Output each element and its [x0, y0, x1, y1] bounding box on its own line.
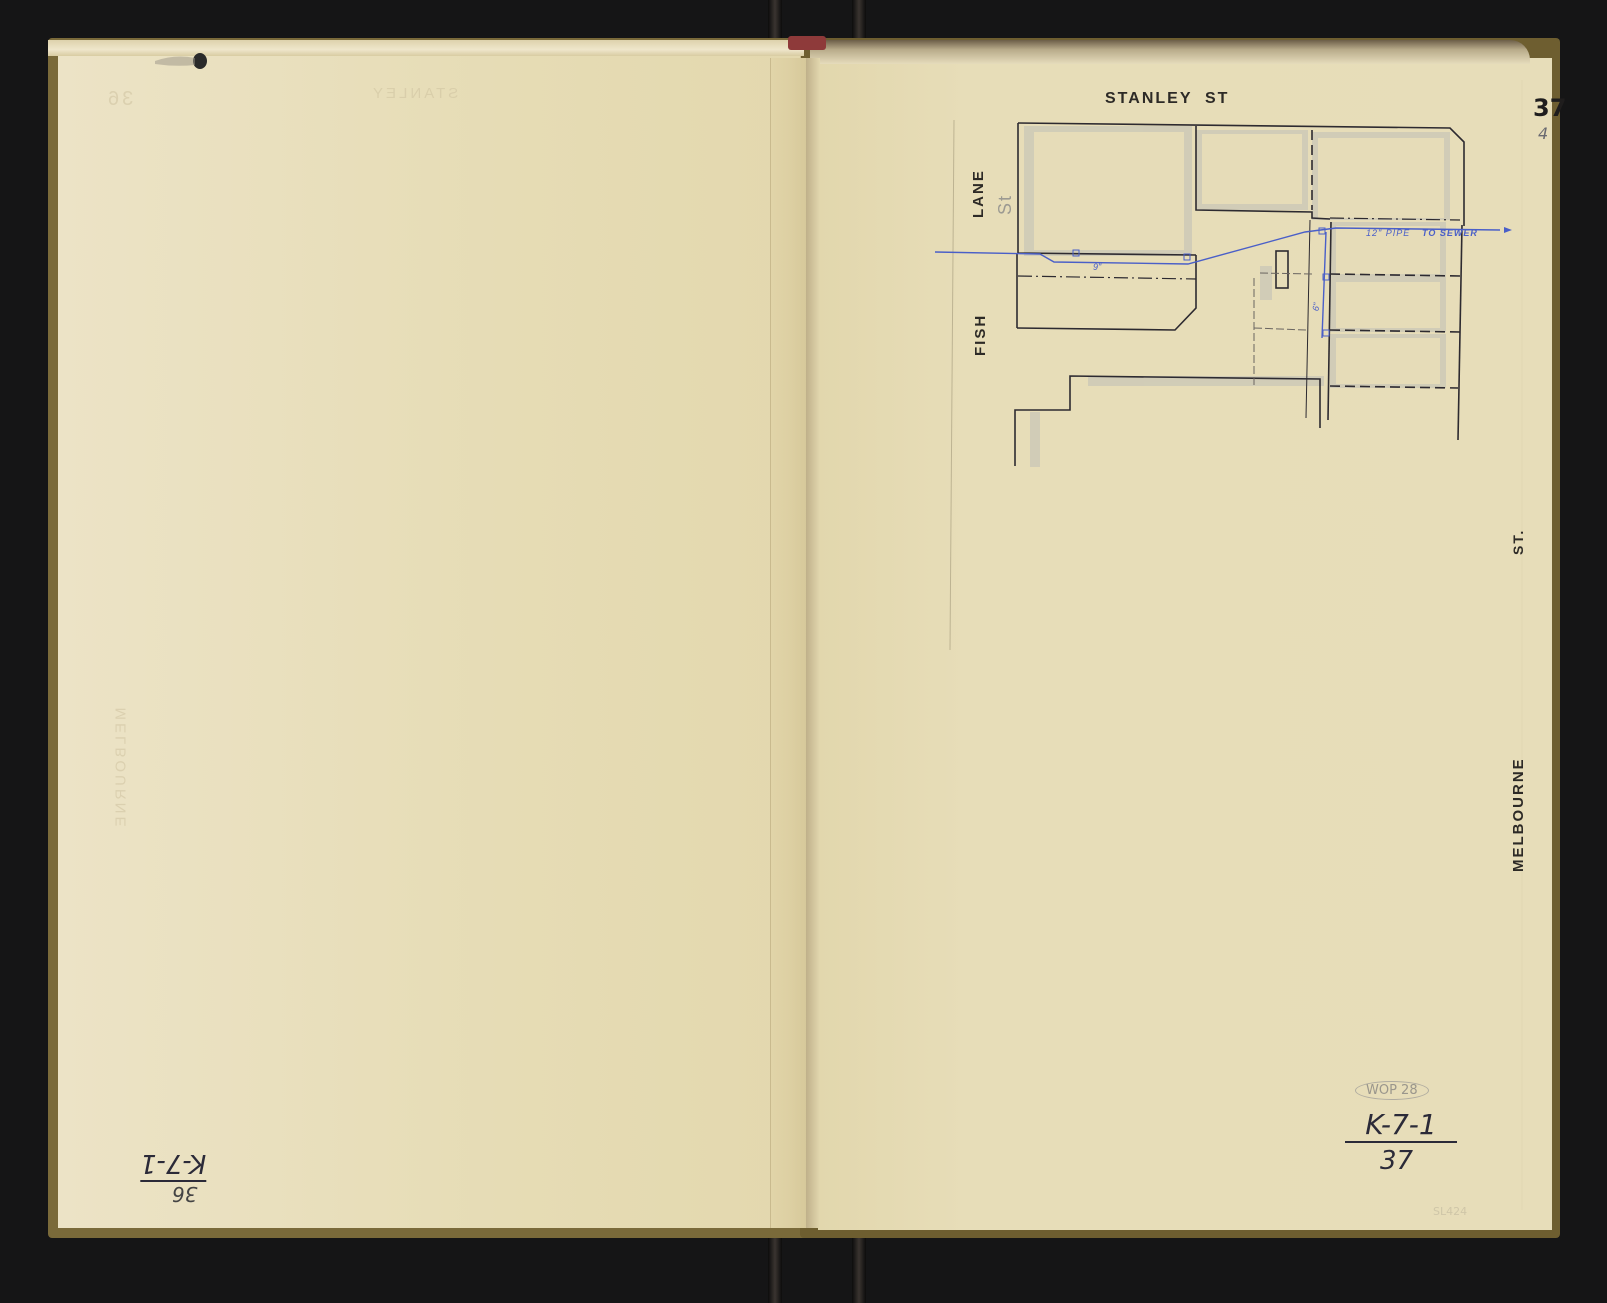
faint-note: SL424 — [1433, 1205, 1467, 1218]
pencil-note: St — [995, 194, 1016, 215]
building-inner — [1034, 132, 1444, 384]
street-label-fish: FISH — [972, 314, 989, 356]
reference-bottom: 37 — [1380, 1146, 1413, 1176]
street-suffix: ST — [1205, 90, 1229, 108]
street-label-lane: LANE — [970, 169, 987, 218]
pipe-label-dest: TO SEWER — [1422, 228, 1478, 238]
pipe-label-main: 12" PIPE — [1366, 228, 1410, 238]
page-number: 37 — [1533, 94, 1566, 122]
street-label-melbourne: MELBOURNE — [1510, 757, 1527, 872]
street-suffix-right: ST. — [1510, 529, 1526, 555]
pencil-mark: 4 — [1538, 124, 1548, 143]
stamp-oval: WOP 28 — [1355, 1081, 1429, 1100]
reference-top: K-7-1 — [1345, 1108, 1457, 1143]
margin-line — [950, 120, 954, 650]
street-label-stanley: STANLEY — [1105, 90, 1192, 108]
pipe-label-branch: 9" — [1093, 262, 1101, 272]
pipe-label-vertical: 6" — [1310, 302, 1321, 312]
